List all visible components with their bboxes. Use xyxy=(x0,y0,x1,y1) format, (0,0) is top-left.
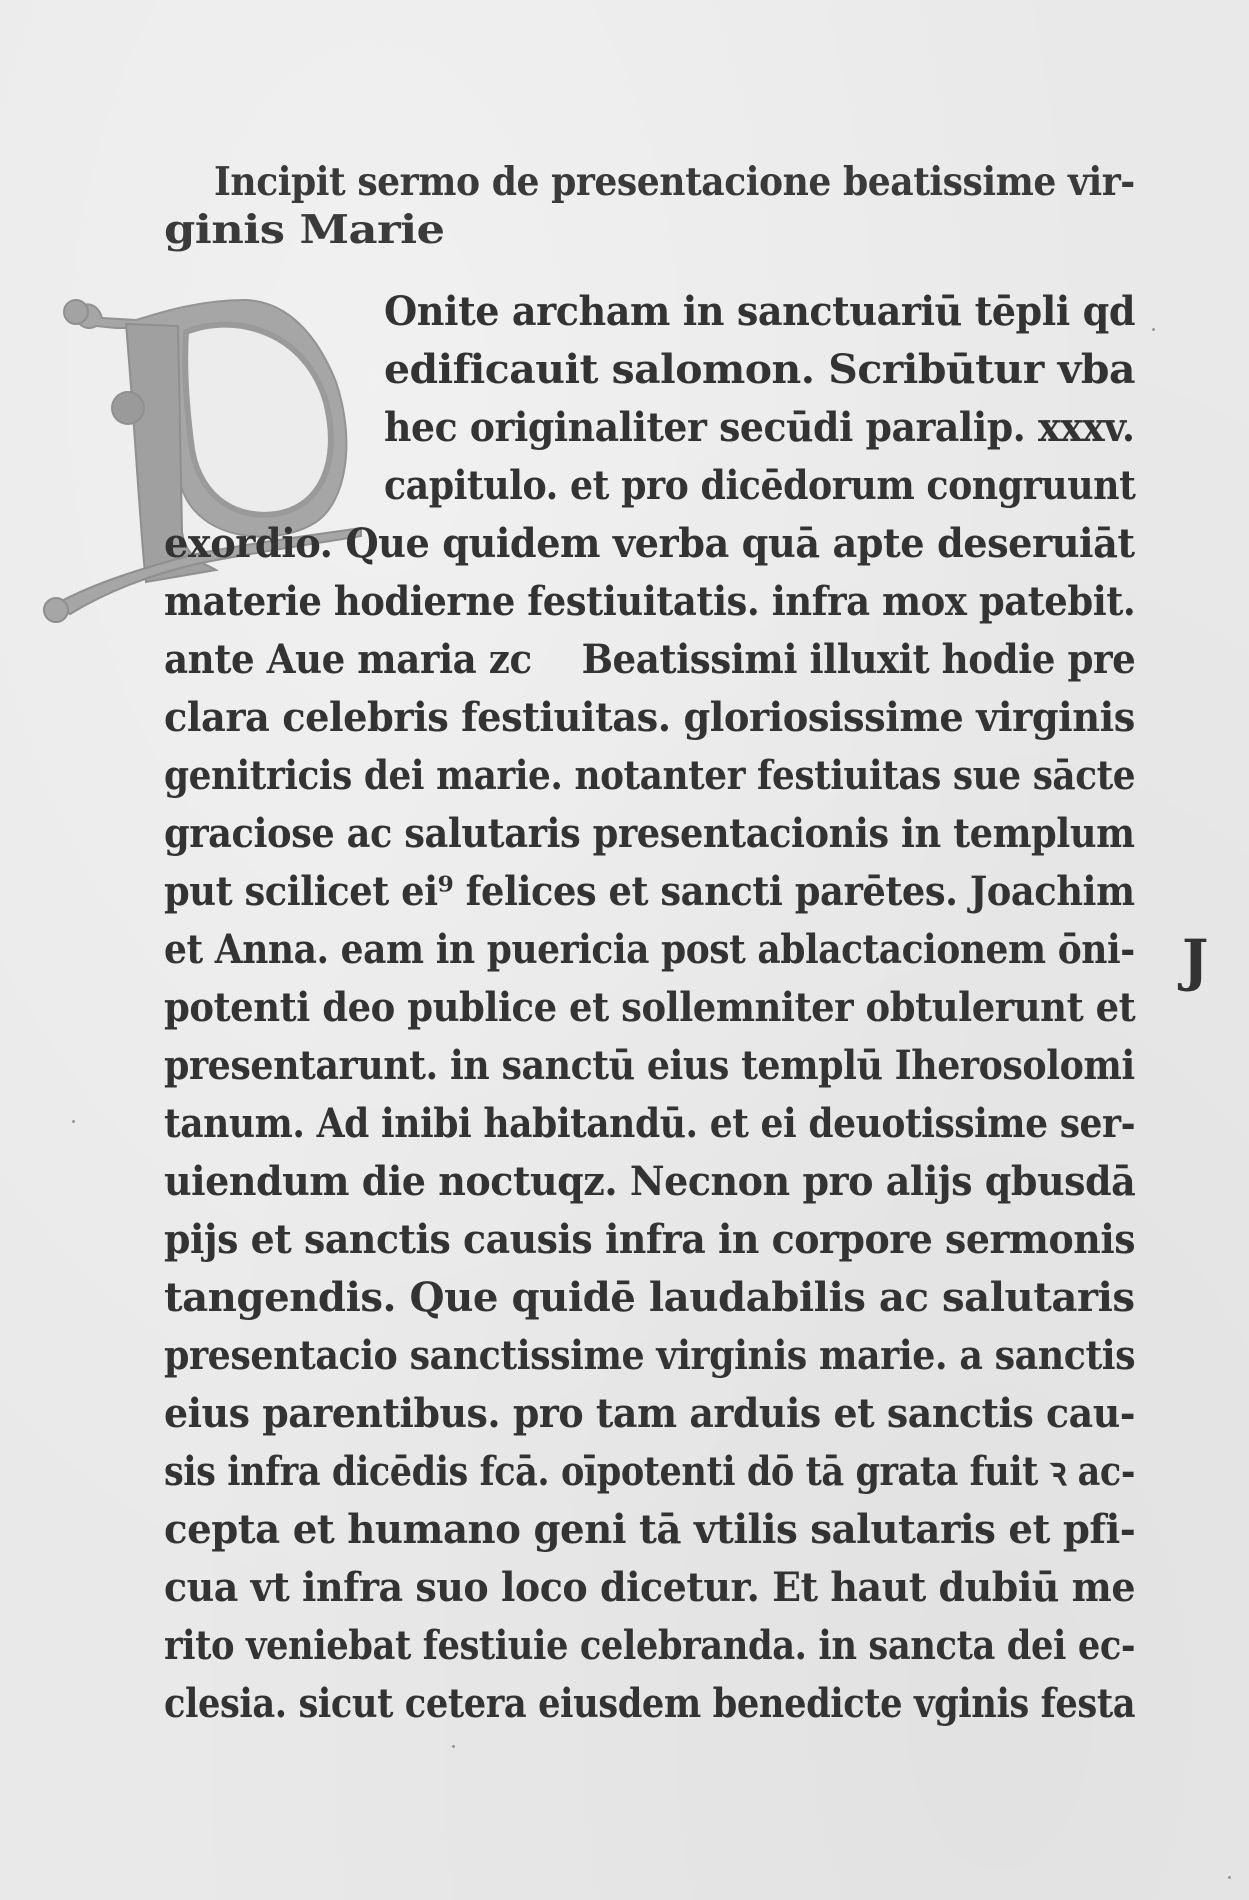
body-line-18: tangendis. Que quidē laudabilis ac salut… xyxy=(164,1274,1135,1322)
body-line-22: cepta et humano geni tā vtilis salutaris… xyxy=(164,1506,1135,1554)
body-line-11: put scilicet ei⁹ felices et sancti parēt… xyxy=(164,868,1135,916)
body-line-5: exordio. Que quidem verba quā apte deser… xyxy=(164,520,1135,568)
body-line-7: ante Aue maria zc Beatissimi illuxit hod… xyxy=(164,636,1135,684)
body-line-21: sis infra dicēdis fcā. oīpotenti dō tā g… xyxy=(164,1448,1135,1496)
heading-line-1: Incipit sermo de presentacione beatissim… xyxy=(214,158,1135,206)
body-line-4: capitulo. et pro dicēdorum congruunt xyxy=(384,462,1135,510)
body-line-2: edificauit salomon. Scribūtur vba xyxy=(384,346,1135,394)
body-line-8: clara celebris festiuitas. gloriosissime… xyxy=(164,694,1135,742)
body-line-6: materie hodierne festiuitatis. infra mox… xyxy=(164,578,1135,626)
body-line-17: pijs et sanctis causis infra in corpore … xyxy=(164,1216,1135,1264)
body-line-9: genitricis dei marie. notanter festiuita… xyxy=(164,752,1135,800)
manuscript-page: Incipit sermo de presentacione beatissim… xyxy=(0,0,1249,1900)
margin-mark: J xyxy=(1182,928,1209,994)
body-line-13: potenti deo publice et sollemniter obtul… xyxy=(164,984,1135,1032)
body-line-24: rito veniebat festiuie celebranda. in sa… xyxy=(164,1622,1135,1670)
body-line-14: presentarunt. in sanctū eius templū Iher… xyxy=(164,1042,1135,1090)
body-line-15: tanum. Ad inibi habitandū. et ei deuotis… xyxy=(164,1100,1135,1148)
body-line-16: uiendum die noctuqz. Necnon pro alijs qb… xyxy=(164,1158,1135,1206)
paper-speck xyxy=(452,1745,455,1748)
body-line-25: clesia. sicut cetera eiusdem benedicte v… xyxy=(164,1680,1135,1728)
body-line-19: presentacio sanctissime virginis marie. … xyxy=(164,1332,1135,1380)
body-line-1: Onite archam in sanctuariū tēpli qd xyxy=(384,288,1135,336)
paper-speck xyxy=(72,1120,75,1123)
decorated-initial-letter xyxy=(36,292,366,627)
paper-speck xyxy=(1152,328,1155,331)
body-line-20: eius parentibus. pro tam arduis et sanct… xyxy=(164,1390,1135,1438)
body-line-23: cua vt infra suo loco dicetur. Et haut d… xyxy=(164,1564,1135,1612)
heading-line-2: ginis Marie xyxy=(164,206,444,254)
body-line-12: et Anna. eam in puericia post ablactacio… xyxy=(164,926,1135,974)
body-line-10: graciose ac salutaris presentacionis in … xyxy=(164,810,1135,858)
paper-speck xyxy=(1228,1876,1231,1879)
body-line-3: hec originaliter secūdi paralip. xxxv. xyxy=(384,404,1135,452)
